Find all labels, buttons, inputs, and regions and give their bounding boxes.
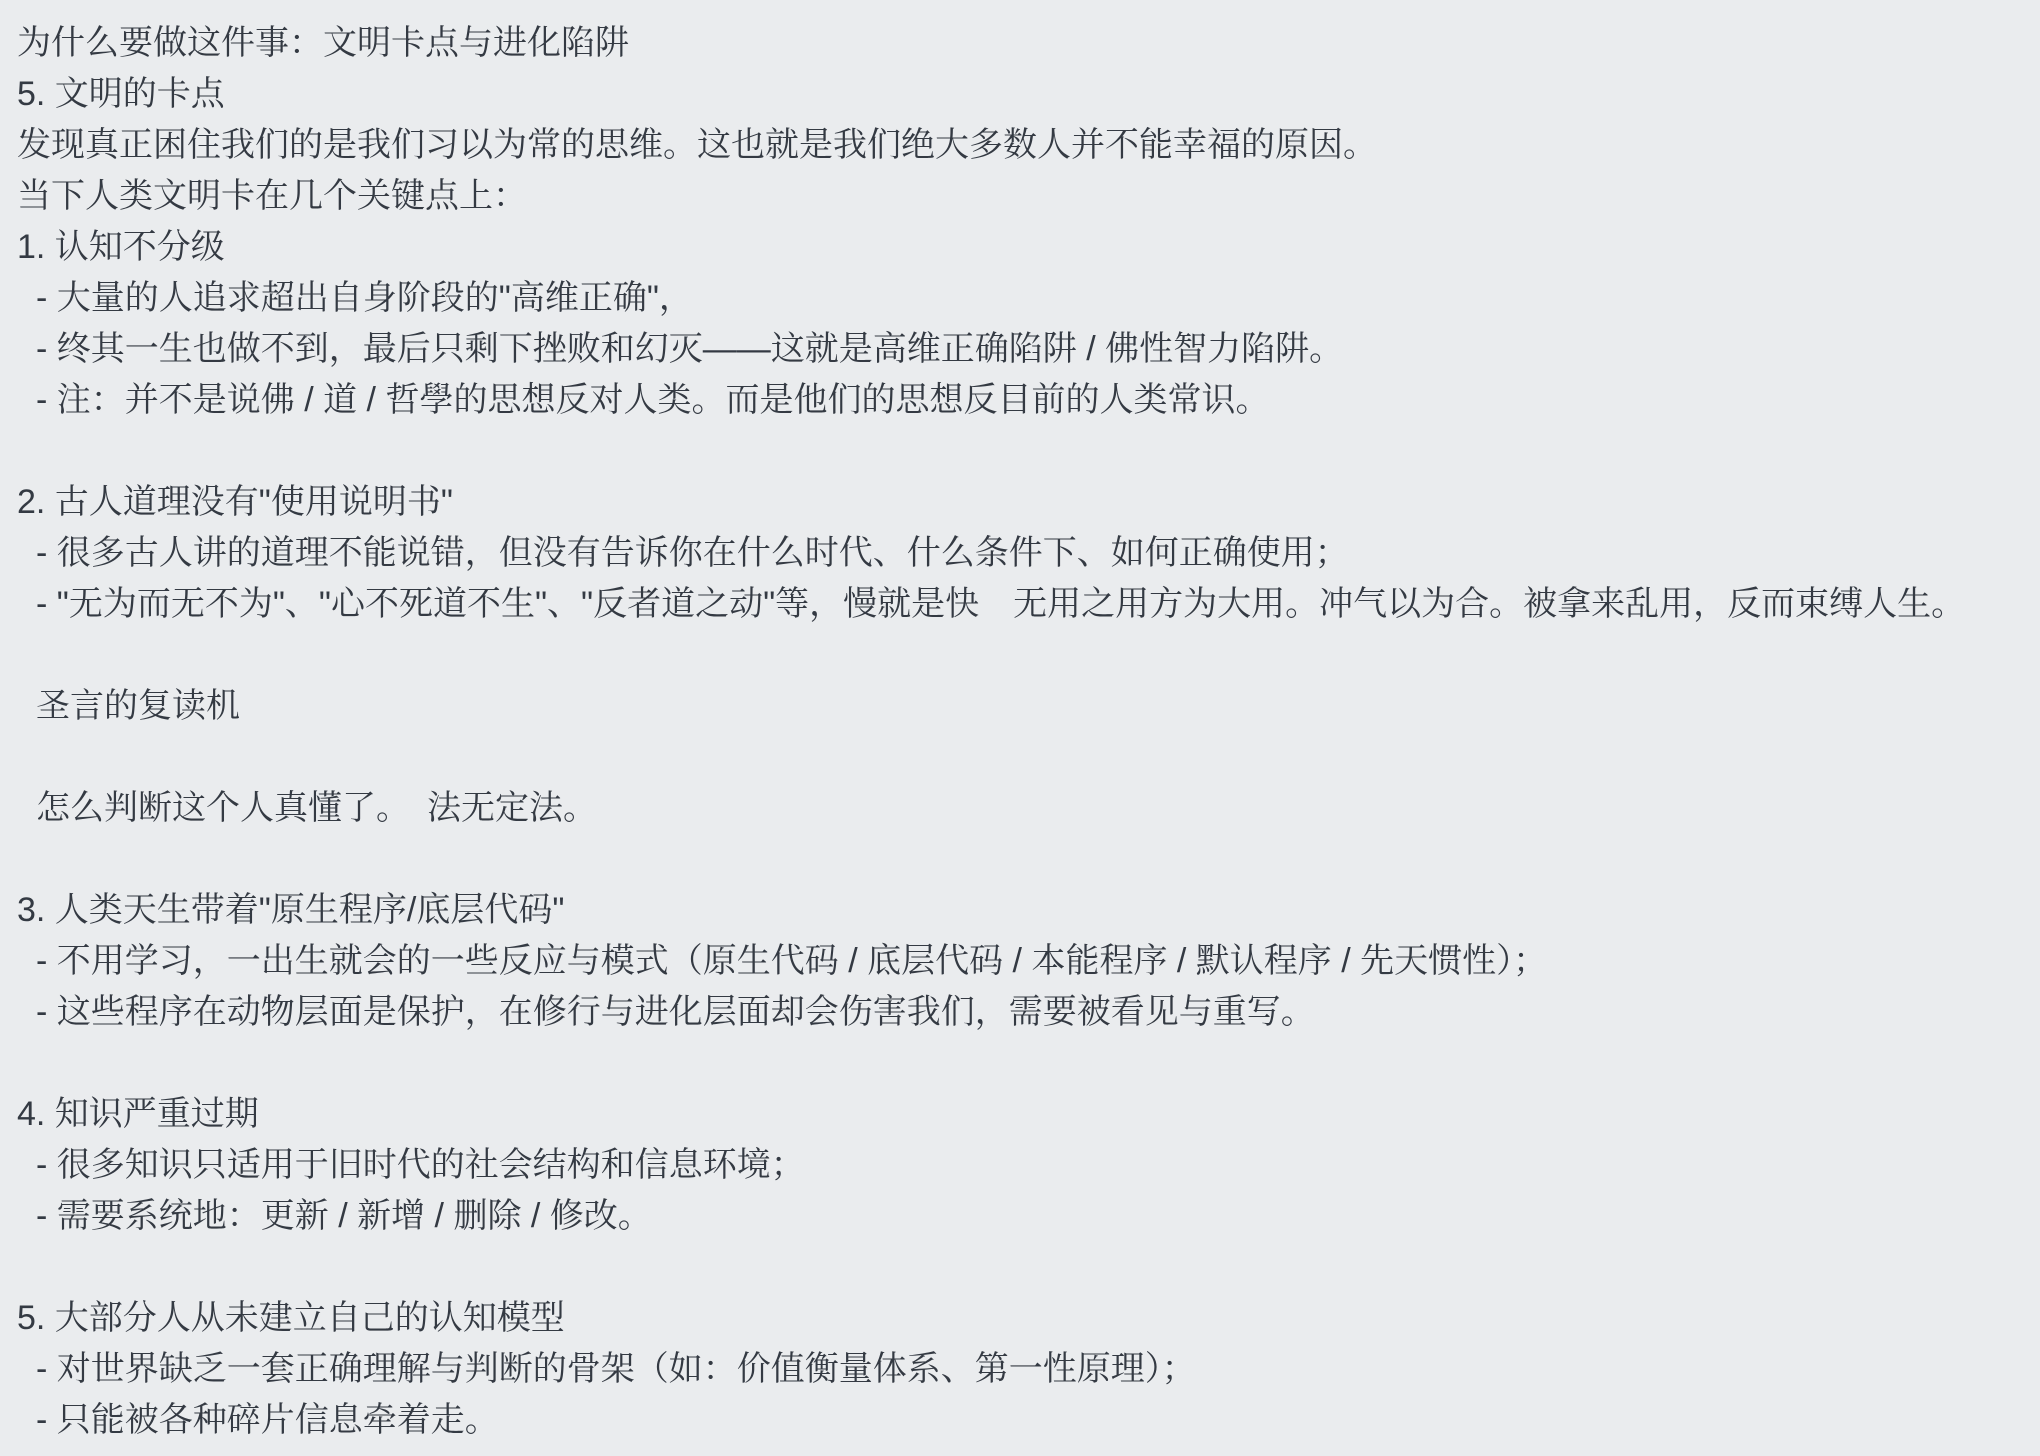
bullet-line: - 只能被各种碎片信息牵着走。 [17, 1395, 2020, 1446]
paragraph-line: 发现真正困住我们的是我们习以为常的思维。这也就是我们绝大多数人并不能幸福的原因。 [17, 120, 2020, 171]
bullet-line: - 这些程序在动物层面是保护，在修行与进化层面却会伤害我们，需要被看见与重写。 [17, 987, 2020, 1038]
bullet-line: - 不用学习，一出生就会的一些反应与模式（原生代码 / 底层代码 / 本能程序 … [17, 936, 2020, 987]
bullet-line: - 很多古人讲的道理不能说错，但没有告诉你在什么时代、什么条件下、如何正确使用； [17, 528, 2020, 579]
bullet-line: - 很多知识只适用于旧时代的社会结构和信息环境； [17, 1140, 2020, 1191]
paragraph-line: 当下人类文明卡在几个关键点上： [17, 171, 2020, 222]
bullet-line: - 注：并不是说佛 / 道 / 哲學的思想反对人类。而是他们的思想反目前的人类常… [17, 375, 2020, 426]
bullet-line: - 大量的人追求超出自身阶段的"高维正确"， [17, 273, 2020, 324]
heading-line: 4. 知识严重过期 [17, 1089, 2020, 1140]
paragraph-line: 怎么判断这个人真懂了。 法无定法。 [17, 783, 2020, 834]
blank-line [17, 732, 2020, 783]
heading-line: 1. 认知不分级 [17, 222, 2020, 273]
bullet-line: - 需要系统地：更新 / 新增 / 删除 / 修改。 [17, 1191, 2020, 1242]
heading-line: 3. 人类天生带着"原生程序/底层代码" [17, 885, 2020, 936]
heading-line: 5. 大部分人从未建立自己的认知模型 [17, 1293, 2020, 1344]
heading-line: 2. 古人道理没有"使用说明书" [17, 477, 2020, 528]
heading-line: 5. 文明的卡点 [17, 69, 2020, 120]
blank-line [17, 834, 2020, 885]
bullet-line: - 终其一生也做不到，最后只剩下挫败和幻灭——这就是高维正确陷阱 / 佛性智力陷… [17, 324, 2020, 375]
document-page: 为什么要做这件事：文明卡点与进化陷阱5. 文明的卡点发现真正困住我们的是我们习以… [0, 0, 2040, 1456]
blank-line [17, 1242, 2020, 1293]
paragraph-line: 圣言的复读机 [17, 681, 2020, 732]
title-line: 为什么要做这件事：文明卡点与进化陷阱 [17, 18, 2020, 69]
bullet-line: - 对世界缺乏一套正确理解与判断的骨架（如：价值衡量体系、第一性原理）； [17, 1344, 2020, 1395]
document-text: 为什么要做这件事：文明卡点与进化陷阱5. 文明的卡点发现真正困住我们的是我们习以… [0, 0, 2040, 1446]
blank-line [17, 1038, 2020, 1089]
blank-line [17, 426, 2020, 477]
bullet-line: - "无为而无不为"、"心不死道不生"、"反者道之动"等，慢就是快 无用之用方为… [17, 579, 2020, 630]
blank-line [17, 630, 2020, 681]
